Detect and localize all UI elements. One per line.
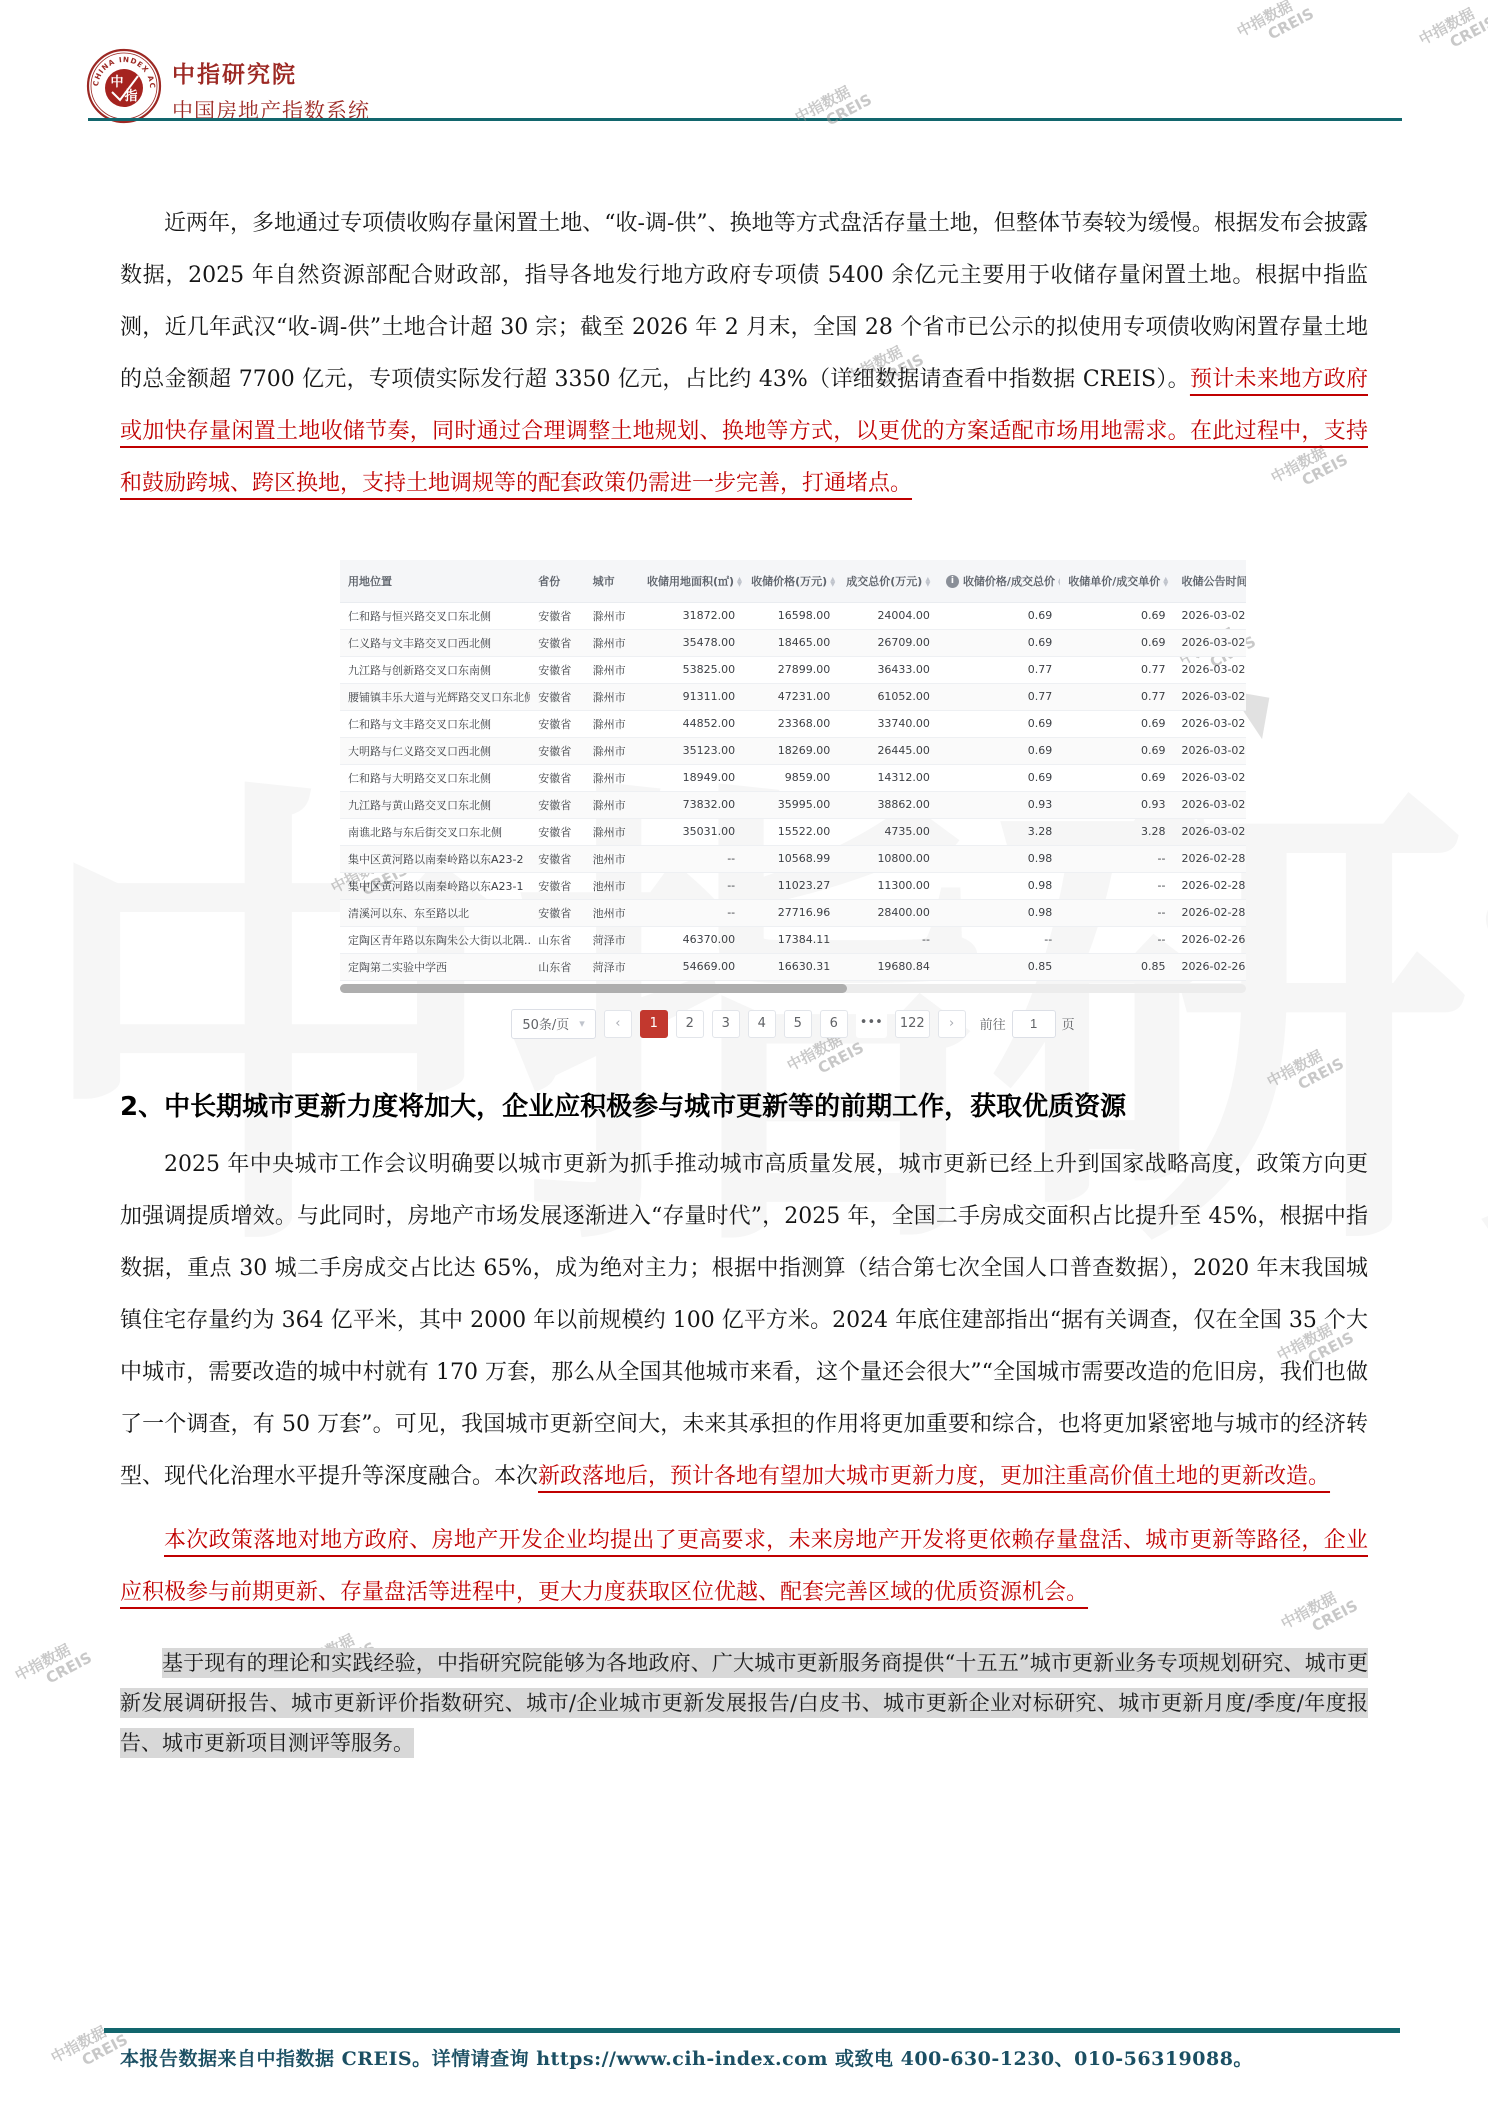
table-cell: 池州市 [585,845,639,872]
footer-note: 本报告数据来自中指数据 CREIS。详情请查询 https://www.cih-… [120,2044,1380,2071]
table-cell: 仁义路与文丰路交叉口西北侧 [340,629,530,656]
sort-icon[interactable]: ▲▼ [830,577,835,587]
table-cell: 0.69 [1060,710,1173,737]
next-page-button[interactable]: › [938,1010,966,1038]
chevron-down-icon: ▾ [579,1017,585,1030]
table-row: 集中区黄河路以南秦岭路以东A23-2安徽省池州市--10568.9910800.… [340,845,1246,872]
table-cell: 16630.31 [743,953,838,980]
table-cell: 仁和路与恒兴路交叉口东北侧 [340,602,530,629]
logo: CHINA INDEX ACADEMY 中 指 [86,48,162,124]
table-cell: 集中区黄河路以南秦岭路以东A23-1 [340,872,530,899]
table-cell: 安徽省 [530,872,584,899]
table-cell: -- [639,899,743,926]
goto-unit: 页 [1062,1014,1075,1033]
sort-icon[interactable]: ▲▼ [1163,577,1168,587]
table-cell: 24004.00 [838,602,938,629]
table-cell: 0.77 [1060,683,1173,710]
table-cell: 2026-03-02 [1173,602,1246,629]
creis-watermark: 中指数据CREIS [12,1634,94,1699]
column-header: 城市 [585,560,639,602]
page-size-value: 50条/页 [522,1014,569,1033]
table-cell: 滁州市 [585,602,639,629]
table-cell: 0.69 [938,602,1060,629]
table-row: 九江路与黄山路交叉口东北侧安徽省滁州市73832.0035995.0038862… [340,791,1246,818]
column-header-label: 城市 [593,575,615,588]
land-table: 用地位置省份城市收储用地面积(㎡)▲▼收储价格(万元)▲▼成交总价(万元)▲▼i… [340,560,1246,981]
table-cell: 2026-02-26 [1173,926,1246,953]
table-cell: 0.69 [938,737,1060,764]
table-cell: 腰铺镇丰乐大道与光辉路交叉口东北侧 [340,683,530,710]
table-cell: 2026-02-28 [1173,899,1246,926]
table-cell: 0.69 [938,764,1060,791]
column-header[interactable]: i收储价格/成交总价▲▼ [938,560,1060,602]
table-cell: 2026-03-02 [1173,764,1246,791]
table-cell: 山东省 [530,953,584,980]
table-cell: 73832.00 [639,791,743,818]
table-row: 集中区黄河路以南秦岭路以东A23-1安徽省池州市--11023.2711300.… [340,872,1246,899]
creis-watermark: 中指数据CREIS [792,76,874,141]
table-cell: 2026-03-02 [1173,683,1246,710]
table-cell: 3.28 [938,818,1060,845]
goto-page: 前往 页 [980,1010,1075,1038]
table-cell: 0.77 [938,656,1060,683]
table-cell: 滁州市 [585,764,639,791]
column-header-label: 用地位置 [348,575,392,588]
page-button[interactable]: 3 [712,1010,740,1038]
table-cell: 安徽省 [530,710,584,737]
creis-watermark: 中指数据CREIS [48,2016,130,2081]
goto-page-input[interactable] [1012,1010,1056,1038]
table-cell: 安徽省 [530,656,584,683]
info-icon[interactable]: i [946,575,959,588]
table-cell: 安徽省 [530,737,584,764]
table-row: 腰铺镇丰乐大道与光辉路交叉口东北侧安徽省滁州市91311.0047231.006… [340,683,1246,710]
table-cell: 35123.00 [639,737,743,764]
table-cell: 54669.00 [639,953,743,980]
logo-char-1: 中 [110,74,123,90]
table-cell: 16598.00 [743,602,838,629]
column-header[interactable]: 成交总价(万元)▲▼ [838,560,938,602]
table-cell: 0.98 [938,899,1060,926]
table-cell: 0.93 [1060,791,1173,818]
table-cell: 0.98 [938,845,1060,872]
scrollbar-thumb[interactable] [340,984,847,993]
land-table-panel: 用地位置省份城市收储用地面积(㎡)▲▼收储价格(万元)▲▼成交总价(万元)▲▼i… [340,560,1246,1039]
table-row: 清溪河以东、东至路以北安徽省池州市--27716.9628400.000.98-… [340,899,1246,926]
footer-divider [104,2028,1400,2033]
land-table-header: 用地位置省份城市收储用地面积(㎡)▲▼收储价格(万元)▲▼成交总价(万元)▲▼i… [340,560,1246,602]
table-cell: 九江路与黄山路交叉口东北侧 [340,791,530,818]
table-cell: 安徽省 [530,899,584,926]
column-header[interactable]: 收储公告时间▼ [1173,560,1246,602]
paragraph-2-red-underline: 新政落地后，预计各地有望加大城市更新力度，更加注重高价值土地的更新改造。 [538,1464,1330,1489]
table-row: 仁和路与恒兴路交叉口东北侧安徽省滁州市31872.0016598.0024004… [340,602,1246,629]
column-header[interactable]: 收储用地面积(㎡)▲▼ [639,560,743,602]
table-cell: 0.93 [938,791,1060,818]
table-cell: 27716.96 [743,899,838,926]
table-cell: 0.69 [1060,629,1173,656]
table-row: 定陶第二实验中学西山东省菏泽市54669.0016630.3119680.840… [340,953,1246,980]
table-cell: 九江路与创新路交叉口东南侧 [340,656,530,683]
page-button[interactable]: 6 [820,1010,848,1038]
table-cell: -- [1060,845,1173,872]
table-cell: 17384.11 [743,926,838,953]
table-cell: 61052.00 [838,683,938,710]
table-cell: 滁州市 [585,818,639,845]
table-cell: 2026-02-26 [1173,953,1246,980]
column-header-label: 成交总价(万元) [846,575,922,588]
table-cell: 18949.00 [639,764,743,791]
table-cell: -- [1060,899,1173,926]
table-cell: 19680.84 [838,953,938,980]
table-cell: -- [1060,926,1173,953]
table-cell: 0.77 [938,683,1060,710]
table-row: 九江路与创新路交叉口东南侧安徽省滁州市53825.0027899.0036433… [340,656,1246,683]
table-cell: 91311.00 [639,683,743,710]
table-cell: -- [639,845,743,872]
sort-icon[interactable]: ▲▼ [1058,577,1060,587]
table-cell: 0.69 [938,710,1060,737]
table-cell: -- [1060,872,1173,899]
page-button[interactable]: 122 [895,1010,930,1038]
paragraph-3-red-underline: 本次政策落地对地方政府、房地产开发企业均提出了更高要求，未来房地产开发将更依赖存… [120,1528,1368,1605]
table-cell: 菏泽市 [585,953,639,980]
table-cell: 15522.00 [743,818,838,845]
org-name: 中指研究院 [172,56,370,89]
paragraph-3: 本次政策落地对地方政府、房地产开发企业均提出了更高要求，未来房地产开发将更依赖存… [120,1515,1368,1619]
table-cell: 滁州市 [585,710,639,737]
paragraph-2-black: 2025 年中央城市工作会议明确要以城市更新为抓手推动城市高质量发展，城市更新已… [120,1152,1368,1489]
page-button[interactable]: 1 [640,1010,668,1038]
table-cell: 31872.00 [639,602,743,629]
table-cell: -- [838,926,938,953]
table-cell: 35478.00 [639,629,743,656]
table-cell: 47231.00 [743,683,838,710]
logo-seal-svg: CHINA INDEX ACADEMY 中 指 [86,48,162,124]
paragraph-4-highlighted: 基于现有的理论和实践经验，中指研究院能够为各地政府、广大城市更新服务商提供“十五… [120,1648,1368,1758]
column-header-label: 收储公告时间 [1181,575,1246,588]
paragraph-1: 近两年，多地通过专项债收购存量闲置土地、“收-调-供”、换地等方式盘活存量土地，… [120,198,1368,510]
table-cell: 2026-03-02 [1173,737,1246,764]
table-cell: 27899.00 [743,656,838,683]
page-size-select[interactable]: 50条/页 ▾ [511,1009,595,1039]
table-cell: 集中区黄河路以南秦岭路以东A23-2 [340,845,530,872]
table-cell: 0.85 [1060,953,1173,980]
table-row: 仁义路与文丰路交叉口西北侧安徽省滁州市35478.0018465.0026709… [340,629,1246,656]
table-cell: 11023.27 [743,872,838,899]
table-cell: 4735.00 [838,818,938,845]
table-cell: -- [639,872,743,899]
logo-char-2: 指 [123,88,137,104]
table-cell: 安徽省 [530,602,584,629]
report-page: 中指研究 CHINA INDEX ACADEMY 中 指 中指研究院 中国房地产… [0,0,1488,2104]
column-header: 省份 [530,560,584,602]
table-cell: 清溪河以东、东至路以北 [340,899,530,926]
column-header-label: 收储用地面积(㎡) [647,575,734,588]
table-cell: 2026-03-02 [1173,656,1246,683]
table-cell: 2026-03-02 [1173,818,1246,845]
table-cell: 2026-02-28 [1173,872,1246,899]
pagination-ellipsis[interactable]: ••• [856,1010,887,1038]
table-cell: 9859.00 [743,764,838,791]
table-cell: 池州市 [585,872,639,899]
table-cell: 38862.00 [838,791,938,818]
table-cell: 0.69 [1060,602,1173,629]
table-row: 南谯北路与东后街交叉口东北侧安徽省滁州市35031.0015522.004735… [340,818,1246,845]
paragraph-4: 基于现有的理论和实践经验，中指研究院能够为各地政府、广大城市更新服务商提供“十五… [120,1643,1368,1763]
column-header-label: 收储单价/成交单价 [1068,575,1160,588]
table-cell: 10568.99 [743,845,838,872]
table-cell: 安徽省 [530,818,584,845]
header-divider [88,118,1402,121]
table-cell: 0.69 [1060,737,1173,764]
table-cell: 14312.00 [838,764,938,791]
table-cell: 定陶第二实验中学西 [340,953,530,980]
table-cell: 定陶区青年路以东陶朱公大街以北隅... [340,926,530,953]
table-row: 定陶区青年路以东陶朱公大街以北隅...山东省菏泽市46370.0017384.1… [340,926,1246,953]
table-cell: 2026-03-02 [1173,629,1246,656]
table-cell: 南谯北路与东后街交叉口东北侧 [340,818,530,845]
table-cell: 安徽省 [530,845,584,872]
prev-page-button[interactable]: ‹ [604,1010,632,1038]
table-cell: 23368.00 [743,710,838,737]
paragraph-2: 2025 年中央城市工作会议明确要以城市更新为抓手推动城市高质量发展，城市更新已… [120,1139,1368,1503]
column-header-label: 收储价格/成交总价 [963,575,1055,588]
header-text-block: 中指研究院 中国房地产指数系统 [172,56,370,125]
sort-icon[interactable]: ▲▼ [737,577,742,587]
table-cell: 2026-03-02 [1173,791,1246,818]
table-row: 大明路与仁义路交叉口西北侧安徽省滁州市35123.0018269.0026445… [340,737,1246,764]
column-header: 用地位置 [340,560,530,602]
table-cell: 46370.00 [639,926,743,953]
table-cell: 18269.00 [743,737,838,764]
column-header[interactable]: 收储单价/成交单价▲▼ [1060,560,1173,602]
column-header-label: 收储价格(万元) [751,575,827,588]
table-cell: 大明路与仁义路交叉口西北侧 [340,737,530,764]
section-2-heading: 2、中长期城市更新力度将加大，企业应积极参与城市更新等的前期工作，获取优质资源 [120,1087,1368,1127]
creis-watermark: 中指数据CREIS [1234,0,1316,56]
table-cell: 仁和路与大明路交叉口东北侧 [340,764,530,791]
table-cell: 26709.00 [838,629,938,656]
page-button[interactable]: 2 [676,1010,704,1038]
table-cell: 0.85 [938,953,1060,980]
table-cell: 山东省 [530,926,584,953]
table-cell: 菏泽市 [585,926,639,953]
page-button[interactable]: 5 [784,1010,812,1038]
table-cell: 2026-02-28 [1173,845,1246,872]
table-cell: 36433.00 [838,656,938,683]
column-header[interactable]: 收储价格(万元)▲▼ [743,560,838,602]
table-cell: 35031.00 [639,818,743,845]
table-row: 仁和路与文丰路交叉口东北侧安徽省滁州市44852.0023368.0033740… [340,710,1246,737]
table-cell: 0.77 [1060,656,1173,683]
table-cell: 仁和路与文丰路交叉口东北侧 [340,710,530,737]
column-header-label: 省份 [538,575,560,588]
table-cell: 滁州市 [585,656,639,683]
table-cell: 28400.00 [838,899,938,926]
page-button[interactable]: 4 [748,1010,776,1038]
table-cell: 滁州市 [585,737,639,764]
table-cell: 滁州市 [585,791,639,818]
table-cell: -- [938,926,1060,953]
table-row: 仁和路与大明路交叉口东北侧安徽省滁州市18949.009859.0014312.… [340,764,1246,791]
table-cell: 0.69 [1060,764,1173,791]
table-cell: 3.28 [1060,818,1173,845]
table-cell: 44852.00 [639,710,743,737]
table-cell: 33740.00 [838,710,938,737]
table-cell: 0.98 [938,872,1060,899]
table-cell: 10800.00 [838,845,938,872]
table-cell: 2026-03-02 [1173,710,1246,737]
table-cell: 滁州市 [585,629,639,656]
table-cell: 53825.00 [639,656,743,683]
pagination: 50条/页 ▾ ‹ 123456•••122 › 前往 页 [340,1009,1246,1039]
table-cell: 11300.00 [838,872,938,899]
goto-label: 前往 [980,1014,1006,1033]
table-cell: 26445.00 [838,737,938,764]
table-cell: 安徽省 [530,791,584,818]
table-cell: 安徽省 [530,764,584,791]
horizontal-scrollbar[interactable] [340,984,1246,993]
table-cell: 0.69 [938,629,1060,656]
table-cell: 池州市 [585,899,639,926]
content-column: 近两年，多地通过专项债收购存量闲置土地、“收-调-供”、换地等方式盘活存量土地，… [120,198,1368,1763]
table-cell: 安徽省 [530,629,584,656]
table-cell: 35995.00 [743,791,838,818]
table-cell: 安徽省 [530,683,584,710]
sort-icon[interactable]: ▲▼ [925,577,930,587]
table-cell: 18465.00 [743,629,838,656]
paragraph-1-black: 近两年，多地通过专项债收购存量闲置土地、“收-调-供”、换地等方式盘活存量土地，… [120,211,1368,392]
creis-watermark: 中指数据CREIS [1416,0,1488,64]
table-cell: 滁州市 [585,683,639,710]
